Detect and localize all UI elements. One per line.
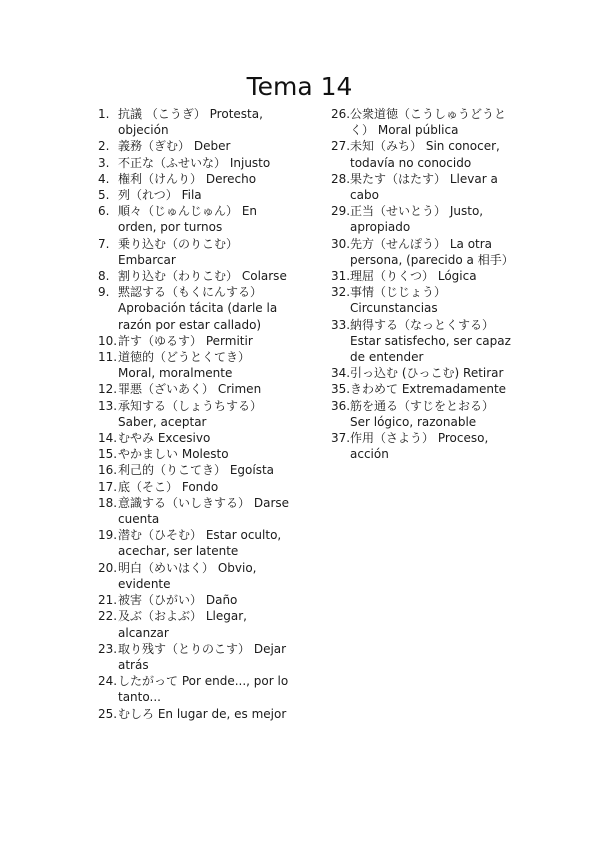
vocab-item: 4.権利（けんり） Derecho [98,171,290,187]
spanish-translation: Permitir [206,334,253,348]
item-number: 19. [98,527,117,543]
spanish-translation: Extremadamente [402,382,506,396]
vocab-item: 1.抗議 （こうぎ） Protesta, objeción [98,106,290,138]
japanese-term: 許す（ゆるす） [118,334,202,348]
vocab-item: 32.事情（じじょう） Circunstancias [331,284,515,316]
item-number: 17. [98,479,117,495]
spanish-translation: Estar satisfecho, ser capaz de entender [350,334,511,364]
item-number: 34. [331,365,350,381]
item-number: 27. [331,138,350,154]
japanese-term: 未知（みち） [350,139,422,153]
vocab-item: 28.果たす（はたす） Llevar a cabo [331,171,515,203]
spanish-translation: Aprobación tácita (darle la razón por es… [118,301,277,331]
vocab-item: 6.順々（じゅんじゅん） En orden, por turnos [98,203,290,235]
japanese-term: 及ぶ（およぶ） [118,609,202,623]
japanese-term: 割り込む（わりこむ） [118,269,238,283]
item-number: 1. [98,106,109,122]
japanese-term: 筋を通る（すじをとおる） [350,399,494,413]
japanese-term: 利己的（りこてき） [118,463,226,477]
item-number: 21. [98,592,117,608]
japanese-term: むやみ [118,431,154,445]
spanish-translation: Moral pública [378,123,459,137]
item-number: 25. [98,706,117,722]
japanese-term: 道徳的（どうとくてき） [118,350,250,364]
item-number: 8. [98,268,109,284]
vocab-item: 34.引っ込む (ひっこむ) Retirar [331,365,515,381]
japanese-term: 黙認する（もくにんする） [118,285,262,299]
item-number: 24. [98,673,117,689]
item-number: 31. [331,268,350,284]
spanish-translation: Fila [182,188,202,202]
vocab-list-right: 26.公衆道徳（こうしゅうどうとく） Moral pública27.未知（みち… [331,106,515,462]
item-number: 7. [98,236,109,252]
japanese-term: 明白（めいはく） [118,561,214,575]
vocab-item: 3.不正な（ふせいな） Injusto [98,155,290,171]
item-number: 28. [331,171,350,187]
japanese-term: むしろ [118,707,154,721]
spanish-translation: Deber [194,139,231,153]
vocab-item: 9.黙認する（もくにんする） Aprobación tácita (darle … [98,284,290,333]
spanish-translation: Ser lógico, razonable [350,415,476,429]
japanese-term: 列（れつ） [118,188,178,202]
item-number: 9. [98,284,109,300]
item-number: 22. [98,608,117,624]
spanish-translation: Circunstancias [350,301,438,315]
vocab-item: 26.公衆道徳（こうしゅうどうとく） Moral pública [331,106,515,138]
item-number: 10. [98,333,117,349]
vocab-item: 18.意識する（いしきする） Darse cuenta [98,495,290,527]
vocab-item: 13.承知する（しょうちする） Saber, aceptar [98,398,290,430]
spanish-translation: Egoísta [230,463,274,477]
japanese-term: 取り残す（とりのこす） [118,642,250,656]
vocab-item: 2.義務（ぎむ） Deber [98,138,290,154]
item-number: 11. [98,349,117,365]
japanese-term: 権利（けんり） [118,172,202,186]
japanese-term: 果たす（はたす） [350,172,446,186]
item-number: 37. [331,430,350,446]
japanese-term: 罪悪（ざいあく） [118,382,214,396]
vocab-item: 25.むしろ En lugar de, es mejor [98,706,290,722]
vocab-item: 29.正当（せいとう） Justo, apropiado [331,203,515,235]
item-number: 35. [331,381,350,397]
item-number: 20. [98,560,117,576]
japanese-term: やかましい [118,447,178,461]
japanese-term: 事情（じじょう） [350,285,446,299]
vocab-item: 31.理屈（りくつ） Lógica [331,268,515,284]
item-number: 30. [331,236,350,252]
japanese-term: 承知する（しょうちする） [118,399,262,413]
japanese-term: 義務（ぎむ） [118,139,190,153]
item-number: 2. [98,138,109,154]
vocab-item: 17.底（そこ） Fondo [98,479,290,495]
japanese-term: 作用（さよう） [350,431,434,445]
item-number: 13. [98,398,117,414]
japanese-term: 納得する（なっとくする） [350,318,494,332]
spanish-translation: Daño [206,593,238,607]
item-number: 4. [98,171,109,187]
spanish-translation: Moral, moralmente [118,366,232,380]
vocab-item: 7.乗り込む（のりこむ） Embarcar [98,236,290,268]
japanese-term: 先方（せんぽう） [350,237,446,251]
vocab-item: 30.先方（せんぽう） La otra persona, (parecido a… [331,236,515,268]
spanish-translation: En lugar de, es mejor [158,707,286,721]
spanish-translation: Colarse [242,269,287,283]
vocab-item: 5.列（れつ） Fila [98,187,290,203]
japanese-term: 底（そこ） [118,480,178,494]
vocab-item: 35.きわめて Extremadamente [331,381,515,397]
item-number: 32. [331,284,350,300]
japanese-term: したがって [118,674,178,688]
japanese-term: 抗議 （こうぎ） [118,107,206,121]
vocab-item: 8.割り込む（わりこむ） Colarse [98,268,290,284]
spanish-translation: Molesto [182,447,229,461]
item-number: 16. [98,462,117,478]
japanese-term: 理屈（りくつ） [350,269,434,283]
vocab-item: 20.明白（めいはく） Obvio, evidente [98,560,290,592]
vocab-item: 21.被害（ひがい） Daño [98,592,290,608]
item-number: 18. [98,495,117,511]
vocab-item: 27.未知（みち） Sin conocer, todavía no conoci… [331,138,515,170]
japanese-term: 不正な（ふせいな） [118,156,226,170]
vocab-item: 19.潜む（ひそむ） Estar oculto, acechar, ser la… [98,527,290,559]
japanese-term: 順々（じゅんじゅん） [118,204,238,218]
vocab-item: 12.罪悪（ざいあく） Crimen [98,381,290,397]
spanish-translation: Embarcar [118,253,176,267]
japanese-term: きわめて [350,382,398,396]
japanese-term: 被害（ひがい） [118,593,202,607]
spanish-translation: Fondo [182,480,218,494]
vocab-item: 33.納得する（なっとくする） Estar satisfecho, ser ca… [331,317,515,366]
item-number: 14. [98,430,117,446]
vocab-item: 11.道徳的（どうとくてき） Moral, moralmente [98,349,290,381]
item-number: 3. [98,155,109,171]
vocab-item: 22.及ぶ（およぶ） Llegar, alcanzar [98,608,290,640]
item-number: 36. [331,398,350,414]
item-number: 6. [98,203,109,219]
japanese-term: 引っ込む (ひっこむ) [350,366,459,380]
item-number: 5. [98,187,109,203]
spanish-translation: Crimen [218,382,261,396]
spanish-translation: Retirar [463,366,503,380]
vocab-item: 16.利己的（りこてき） Egoísta [98,462,290,478]
spanish-translation: Saber, aceptar [118,415,206,429]
page-title: Tema 14 [0,71,599,103]
vocab-item: 37.作用（さよう） Proceso, acción [331,430,515,462]
vocab-item: 36.筋を通る（すじをとおる） Ser lógico, razonable [331,398,515,430]
item-number: 26. [331,106,350,122]
vocab-item: 15.やかましい Molesto [98,446,290,462]
spanish-translation: Injusto [230,156,270,170]
item-number: 12. [98,381,117,397]
vocab-list-left: 1.抗議 （こうぎ） Protesta, objeción2.義務（ぎむ） De… [98,106,290,722]
vocab-item: 14.むやみ Excesivo [98,430,290,446]
vocab-item: 24.したがって Por ende..., por lo tanto... [98,673,290,705]
item-number: 29. [331,203,350,219]
japanese-term: 意識する（いしきする） [118,496,250,510]
japanese-term: 正当（せいとう） [350,204,446,218]
japanese-term: 潜む（ひそむ） [118,528,202,542]
vocab-item: 10.許す（ゆるす） Permitir [98,333,290,349]
item-number: 15. [98,446,117,462]
japanese-term: 乗り込む（のりこむ） [118,237,238,251]
item-number: 33. [331,317,350,333]
item-number: 23. [98,641,117,657]
vocab-item: 23.取り残す（とりのこす） Dejar atrás [98,641,290,673]
spanish-translation: Lógica [438,269,477,283]
spanish-translation: Excesivo [158,431,210,445]
spanish-translation: Derecho [206,172,256,186]
